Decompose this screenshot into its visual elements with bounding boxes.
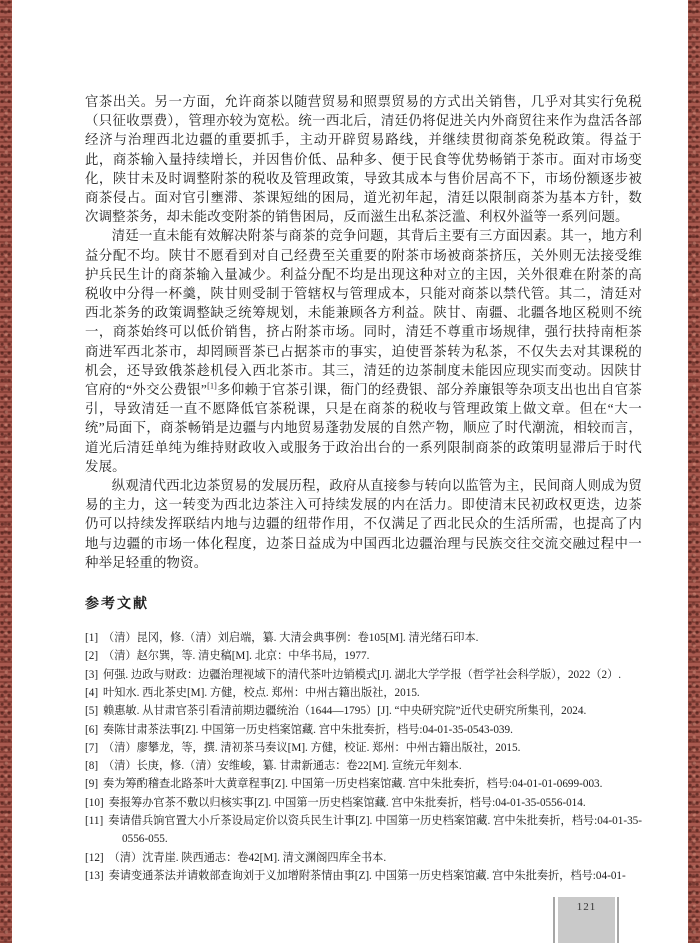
reference-text: 奏报筹办官茶不敷以归核实事[Z]. 中国第一历史档案馆藏. 宫中朱批奏折，档号:… bbox=[109, 797, 586, 809]
reference-item-4: [4]叶知水. 西北茶史[M]. 方健，校点. 郑州：中州古籍出版社，2015. bbox=[85, 684, 642, 702]
reference-item-8: [8]（清）长庚，修.（清）安维峻，纂. 甘肃新通志：卷22[M]. 宣统元年刻… bbox=[85, 757, 642, 775]
book-page: { "colors": { "edge_red": "#a34f44", "ed… bbox=[0, 0, 700, 943]
citation-superscript: [1] bbox=[207, 382, 217, 391]
reference-marker: [13] bbox=[85, 870, 104, 882]
reference-item-13: [13]奏请变通茶法并请敕部查询刘于义加增附茶情由事[Z]. 中国第一历史档案馆… bbox=[85, 867, 642, 885]
page-content: 官茶出关。另一方面，允许商茶以随营贸易和照票贸易的方式出关销售，几乎对其实行免税… bbox=[85, 92, 642, 885]
page-tab-divider-left bbox=[553, 897, 555, 943]
body-paragraph-3: 纵观清代西北边茶贸易的发展历程，政府从直接参与转向以监管为主，民间商人则成为贸易… bbox=[85, 476, 642, 572]
book-cover-edge-right bbox=[688, 0, 700, 943]
reference-text: 奏为筹酌稽查北路茶叶大黄章程事[Z]. 中国第一历史档案馆藏. 宫中朱批奏折，档… bbox=[103, 778, 602, 790]
reference-text: （清）廖攀龙，等，撰. 清初茶马奏议[M]. 方健，校证. 郑州：中州古籍出版社… bbox=[103, 742, 520, 754]
reference-marker: [11] bbox=[85, 815, 103, 827]
body-paragraph-1: 官茶出关。另一方面，允许商茶以随营贸易和照票贸易的方式出关销售，几乎对其实行免税… bbox=[85, 92, 642, 226]
reference-text: 赖惠敏. 从甘肃官茶引看清前期边疆统治（1644—1795）[J]. “中央研究… bbox=[103, 705, 586, 717]
reference-text: （清）赵尔巽，等. 清史稿[M]. 北京：中华书局，1977. bbox=[103, 650, 369, 662]
reference-marker: [8] bbox=[85, 760, 98, 772]
reference-item-2: [2]（清）赵尔巽，等. 清史稿[M]. 北京：中华书局，1977. bbox=[85, 647, 642, 665]
reference-item-10: [10]奏报筹办官茶不敷以归核实事[Z]. 中国第一历史档案馆藏. 宫中朱批奏折… bbox=[85, 794, 642, 812]
reference-marker: [9] bbox=[85, 778, 98, 790]
body-paragraph-2: 清廷一直未能有效解决附茶与商茶的竞争问题，其背后主要有三方面因素。其一，地方利益… bbox=[85, 226, 642, 476]
page-number: 121 bbox=[558, 897, 615, 913]
reference-item-5: [5]赖惠敏. 从甘肃官茶引看清前期边疆统治（1644—1795）[J]. “中… bbox=[85, 702, 642, 720]
reference-marker: [2] bbox=[85, 650, 98, 662]
paragraph-2-text-before-citation: 清廷一直未能有效解决附茶与商茶的竞争问题，其背后主要有三方面因素。其一，地方利益… bbox=[85, 228, 642, 397]
page-tab-divider-right bbox=[617, 897, 619, 943]
references-heading: 参考文献 bbox=[85, 593, 642, 613]
reference-item-1: [1]（清）昆冈，修.（清）刘启端，纂. 大清会典事例：卷105[M]. 清光绪… bbox=[85, 629, 642, 647]
reference-marker: [1] bbox=[85, 632, 98, 644]
reference-marker: [6] bbox=[85, 724, 98, 736]
reference-text: 奏陈甘肃茶法事[Z]. 中国第一历史档案馆藏. 宫中朱批奏折，档号:04-01-… bbox=[103, 724, 513, 736]
reference-text: （清）长庚，修.（清）安维峻，纂. 甘肃新通志：卷22[M]. 宣统元年刻本. bbox=[103, 760, 462, 772]
reference-item-11: [11]奏请借兵饷官置大小斤茶设局定价以资兵民生计事[Z]. 中国第一历史档案馆… bbox=[85, 812, 642, 849]
reference-item-7: [7]（清）廖攀龙，等，撰. 清初茶马奏议[M]. 方健，校证. 郑州：中州古籍… bbox=[85, 739, 642, 757]
reference-text: 何强. 边政与财政：边疆治理视域下的清代茶叶边销模式[J]. 湖北大学学报（哲学… bbox=[103, 669, 621, 681]
reference-text: （清）沈青崖. 陕西通志：卷42[M]. 清文渊阁四库全书本. bbox=[109, 852, 387, 864]
reference-marker: [12] bbox=[85, 852, 104, 864]
reference-item-3: [3]何强. 边政与财政：边疆治理视域下的清代茶叶边销模式[J]. 湖北大学学报… bbox=[85, 666, 642, 684]
reference-marker: [5] bbox=[85, 705, 98, 717]
book-cover-edge-left bbox=[0, 0, 12, 943]
page-number-tab: 121 bbox=[558, 897, 615, 943]
reference-item-9: [9]奏为筹酌稽查北路茶叶大黄章程事[Z]. 中国第一历史档案馆藏. 宫中朱批奏… bbox=[85, 775, 642, 793]
reference-text: 叶知水. 西北茶史[M]. 方健，校点. 郑州：中州古籍出版社，2015. bbox=[103, 687, 420, 699]
reference-marker: [10] bbox=[85, 797, 104, 809]
reference-item-12: [12]（清）沈青崖. 陕西通志：卷42[M]. 清文渊阁四库全书本. bbox=[85, 849, 642, 867]
reference-marker: [7] bbox=[85, 742, 98, 754]
reference-text: 奏请借兵饷官置大小斤茶设局定价以资兵民生计事[Z]. 中国第一历史档案馆藏. 宫… bbox=[108, 815, 642, 845]
references-list: [1]（清）昆冈，修.（清）刘启端，纂. 大清会典事例：卷105[M]. 清光绪… bbox=[85, 629, 642, 885]
reference-marker: [3] bbox=[85, 669, 98, 681]
reference-marker: [4] bbox=[85, 687, 98, 699]
reference-text: 奏请变通茶法并请敕部查询刘于义加增附茶情由事[Z]. 中国第一历史档案馆藏. 宫… bbox=[109, 870, 626, 882]
reference-item-6: [6]奏陈甘肃茶法事[Z]. 中国第一历史档案馆藏. 宫中朱批奏折，档号:04-… bbox=[85, 721, 642, 739]
reference-text: （清）昆冈，修.（清）刘启端，纂. 大清会典事例：卷105[M]. 清光绪石印本… bbox=[103, 632, 478, 644]
